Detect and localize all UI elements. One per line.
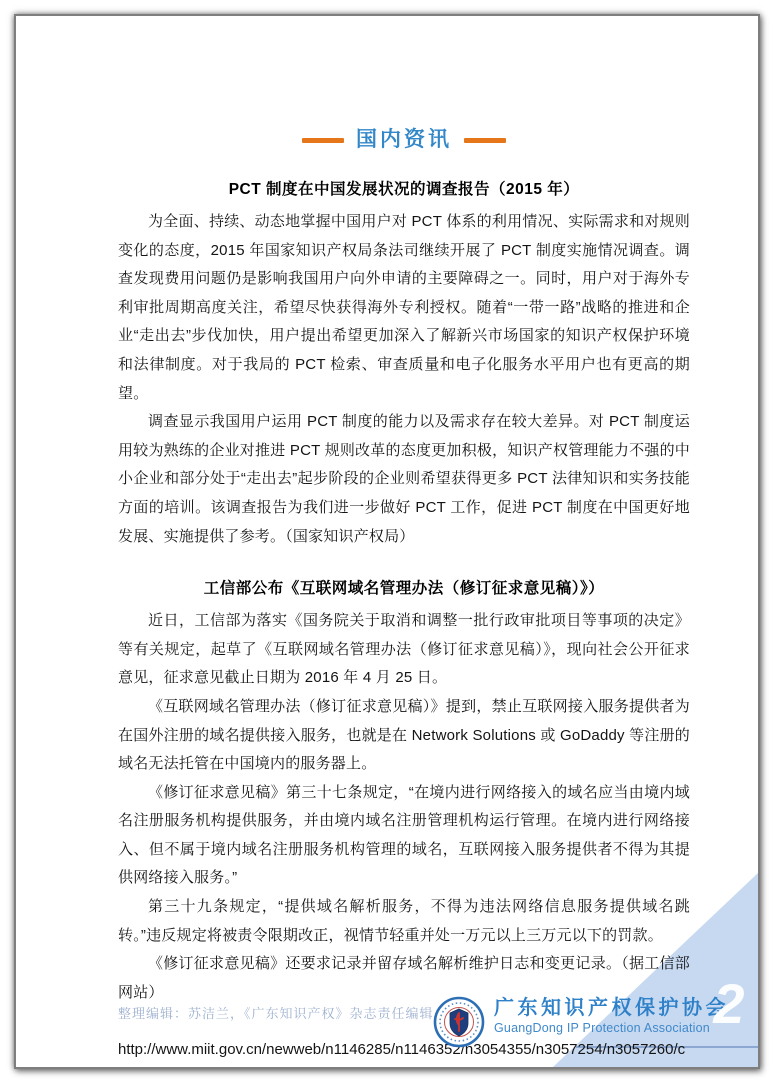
page-content: 国内资讯 PCT 制度在中国发展状况的调查报告（2015 年） 为全面、持续、动…: [16, 128, 758, 1069]
article-1-body: 为全面、持续、动态地掌握中国用户对 PCT 体系的利用情况、实际需求和对规则变化…: [118, 208, 690, 551]
article-1-title: PCT 制度在中国发展状况的调查报告（2015 年）: [118, 179, 690, 201]
association-banner: 广东知识产权保护协会 GuangDong IP Protection Assoc…: [433, 996, 729, 1048]
article-1-paragraph: 调查显示我国用户运用 PCT 制度的能力以及需求存在较大差异。对 PCT 制度运…: [118, 408, 690, 551]
editor-note: 整理编辑：苏洁兰，《广东知识产权》杂志责任编辑。: [118, 1003, 448, 1022]
article-2-paragraph: 《互联网域名管理办法（修订征求意见稿）》提到，禁止互联网接入服务提供者为在国外注…: [118, 693, 690, 779]
article-2-paragraph: 近日，工信部为落实《国务院关于取消和调整一批行政审批项目等事项的决定》等有关规定…: [118, 607, 690, 693]
association-name-en: GuangDong IP Protection Association: [494, 1020, 729, 1037]
section-header-title: 国内资讯: [356, 128, 452, 152]
article-2-paragraph: 《修订征求意见稿》第三十七条规定，“在境内进行网络接入的域名应当由境内域名注册服…: [118, 779, 690, 893]
association-name: 广东知识产权保护协会 GuangDong IP Protection Assoc…: [494, 996, 729, 1037]
header-dash-left-icon: [302, 138, 344, 143]
article-2-title: 工信部公布《互联网域名管理办法（修订征求意见稿）》）: [118, 578, 690, 600]
newsletter-page: 国内资讯 PCT 制度在中国发展状况的调查报告（2015 年） 为全面、持续、动…: [14, 14, 760, 1069]
association-logo-icon: [433, 996, 485, 1048]
article-2-body: 近日，工信部为落实《国务院关于取消和调整一批行政审批项目等事项的决定》等有关规定…: [118, 607, 690, 1007]
article-1-paragraph: 为全面、持续、动态地掌握中国用户对 PCT 体系的利用情况、实际需求和对规则变化…: [118, 208, 690, 408]
article-2-paragraph: 第三十九条规定，“提供域名解析服务，不得为违法网络信息服务提供域名跳转。”违反规…: [118, 893, 690, 950]
section-header: 国内资讯: [118, 128, 690, 152]
page-number: 2: [700, 974, 758, 1034]
association-name-cn: 广东知识产权保护协会: [494, 996, 729, 1020]
header-dash-right-icon: [464, 138, 506, 143]
